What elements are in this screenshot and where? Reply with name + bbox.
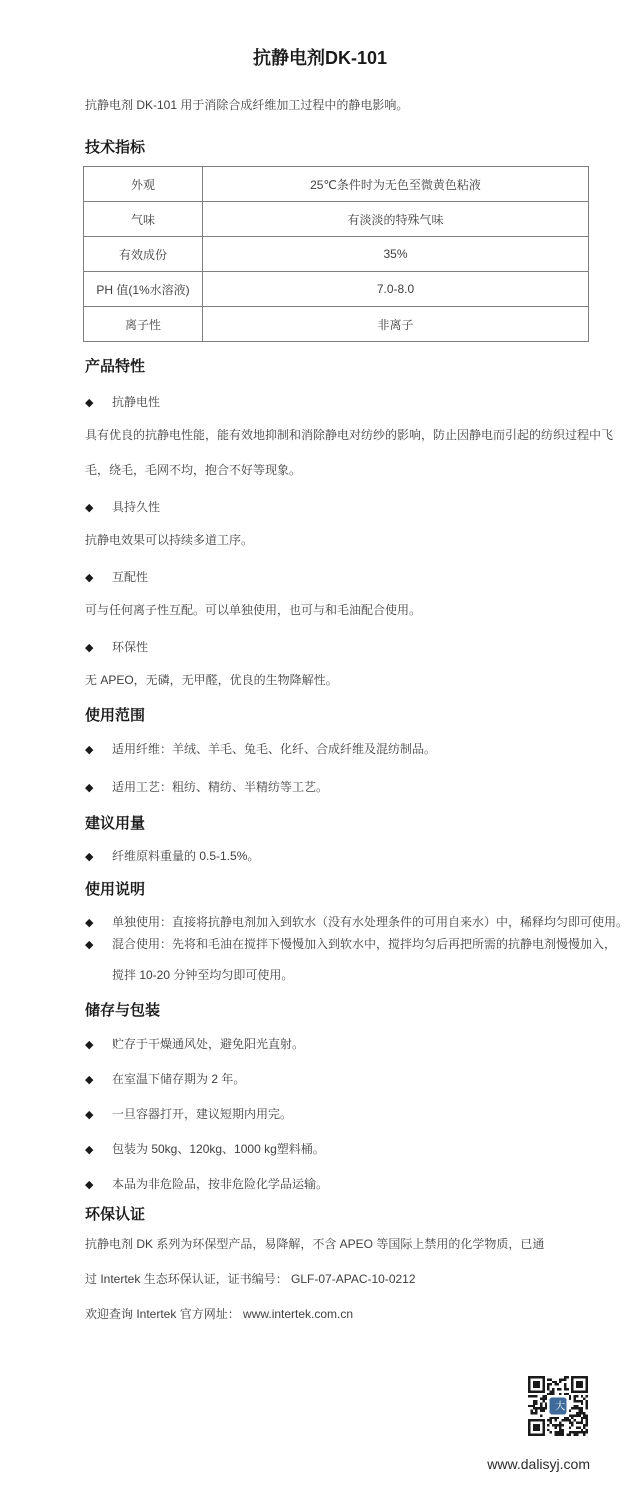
eco-cert-line: 抗静电剂 DK 系列为环保型产品，易降解，不含 APEO 等国际上禁用的化学物质… — [85, 1227, 615, 1262]
table-row: PH 值(1%水溶液) 7.0-8.0 — [84, 272, 589, 307]
spec-value: 7.0-8.0 — [203, 272, 589, 307]
usage-item-text: 单独使用：直接将抗静电剂加入到软水（没有水处理条件的可用自来水）中，稀释均匀即可… — [112, 915, 628, 929]
scope-item-text: 适用纤维：羊绒、羊毛、兔毛、化纤、合成纤维及混纺制品。 — [112, 742, 436, 756]
scope-item: ◆适用纤维：羊绒、羊毛、兔毛、化纤、合成纤维及混纺制品。 — [85, 740, 615, 760]
document-page: 抗静电剂DK-101 抗静电剂 DK-101 用于消除合成纤维加工过程中的静电影… — [0, 0, 640, 1505]
qr-code-container: 大 — [85, 1376, 615, 1436]
storage-item: ◆包装为 50kg、120kg、1000 kg塑料桶。 — [85, 1140, 615, 1160]
table-row: 外观 25℃条件时为无色至微黄色粘液 — [84, 167, 589, 202]
diamond-bullet-icon: ◆ — [85, 639, 112, 658]
intro-text: 抗静电剂 DK-101 用于消除合成纤维加工过程中的静电影响。 — [85, 96, 615, 114]
usage-item-text: 混合使用：先将和毛油在搅拌下慢慢加入到软水中，搅拌均匀后再把所需的抗静电剂慢慢加… — [112, 937, 616, 951]
section-heading-storage: 储存与包装 — [85, 1001, 615, 1021]
page-title: 抗静电剂DK-101 — [25, 46, 615, 71]
dosage-item-text: 纤维原料重量的 0.5-1.5%。 — [112, 849, 259, 863]
diamond-bullet-icon: ◆ — [85, 394, 112, 413]
diamond-bullet-icon: ◆ — [85, 1036, 112, 1055]
tech-specs-table: 外观 25℃条件时为无色至微黄色粘液 气味 有淡淡的特殊气味 有效成份 35% … — [83, 166, 589, 342]
eco-cert-line: 过 Intertek 生态环保认证，证书编号： GLF-07-APAC-10-0… — [85, 1262, 615, 1297]
table-row: 气味 有淡淡的特殊气味 — [84, 202, 589, 237]
section-heading-dosage: 建议用量 — [85, 814, 615, 834]
storage-item: ◆在室温下储存期为 2 年。 — [85, 1070, 615, 1090]
diamond-bullet-icon: ◆ — [85, 741, 112, 760]
table-row: 离子性 非离子 — [84, 307, 589, 342]
diamond-bullet-icon: ◆ — [85, 913, 112, 934]
feature-title-text: 环保性 — [112, 640, 148, 654]
diamond-bullet-icon: ◆ — [85, 499, 112, 518]
feature-item-title: ◆抗静电性 — [85, 393, 615, 413]
storage-item-text: 一旦容器打开，建议短期内用完。 — [112, 1107, 292, 1121]
storage-item-text: 本品为非危险品，按非危险化学品运输。 — [112, 1177, 328, 1191]
storage-item-text: 贮存于干燥通风处，避免阳光直射。 — [112, 1037, 304, 1051]
website-url: www.dalisyj.com — [85, 1456, 615, 1472]
storage-item-text: 包装为 50kg、120kg、1000 kg塑料桶。 — [112, 1142, 325, 1156]
feature-item-title: ◆具持久性 — [85, 498, 615, 518]
qr-logo-text: 大 — [555, 1399, 565, 1412]
spec-value: 非离子 — [203, 307, 589, 342]
diamond-bullet-icon: ◆ — [85, 1176, 112, 1195]
storage-item: ◆贮存于干燥通风处，避免阳光直射。 — [85, 1035, 615, 1055]
section-heading-usage: 使用说明 — [85, 880, 615, 900]
diamond-bullet-icon: ◆ — [85, 779, 112, 798]
feature-item-title: ◆环保性 — [85, 638, 615, 658]
section-heading-features: 产品特性 — [85, 357, 615, 377]
usage-list: ◆单独使用：直接将抗静电剂加入到软水（没有水处理条件的可用自来水）中，稀释均匀即… — [85, 912, 615, 956]
feature-body: 可与任何离子性互配。可以单独使用，也可与和毛油配合使用。 — [85, 593, 615, 628]
feature-item-title: ◆互配性 — [85, 568, 615, 588]
usage-continuation: 搅拌 10-20 分钟至均匀即可使用。 — [85, 958, 615, 993]
feature-title-text: 具持久性 — [112, 500, 160, 514]
spec-value: 35% — [203, 237, 589, 272]
eco-cert-line: 欢迎查询 Intertek 官方网址： www.intertek.com.cn — [85, 1297, 615, 1332]
spec-label: 有效成份 — [84, 237, 203, 272]
usage-item: ◆混合使用：先将和毛油在搅拌下慢慢加入到软水中，搅拌均匀后再把所需的抗静电剂慢慢… — [85, 934, 615, 956]
storage-item-text: 在室温下储存期为 2 年。 — [112, 1072, 245, 1086]
section-heading-scope: 使用范围 — [85, 706, 615, 726]
spec-label: 离子性 — [84, 307, 203, 342]
scope-item-text: 适用工艺：粗纺、精纺、半精纺等工艺。 — [112, 780, 328, 794]
spec-value: 25℃条件时为无色至微黄色粘液 — [203, 167, 589, 202]
feature-body: 具有优良的抗静电性能，能有效地抑制和消除静电对纺纱的影响，防止因静电而引起的纺织… — [85, 418, 615, 488]
feature-title-text: 抗静电性 — [112, 395, 160, 409]
feature-body: 抗静电效果可以持续多道工序。 — [85, 523, 615, 558]
section-heading-tech-specs: 技术指标 — [85, 138, 615, 158]
spec-label: PH 值(1%水溶液) — [84, 272, 203, 307]
diamond-bullet-icon: ◆ — [85, 935, 112, 956]
table-row: 有效成份 35% — [84, 237, 589, 272]
diamond-bullet-icon: ◆ — [85, 1071, 112, 1090]
dosage-item: ◆纤维原料重量的 0.5-1.5%。 — [85, 847, 615, 867]
storage-item: ◆一旦容器打开，建议短期内用完。 — [85, 1105, 615, 1125]
qr-code: 大 — [527, 1376, 589, 1436]
feature-title-text: 互配性 — [112, 570, 148, 584]
diamond-bullet-icon: ◆ — [85, 1106, 112, 1125]
diamond-bullet-icon: ◆ — [85, 848, 112, 867]
usage-item: ◆单独使用：直接将抗静电剂加入到软水（没有水处理条件的可用自来水）中，稀释均匀即… — [85, 912, 615, 934]
spec-label: 气味 — [84, 202, 203, 237]
scope-item: ◆适用工艺：粗纺、精纺、半精纺等工艺。 — [85, 778, 615, 798]
spec-value: 有淡淡的特殊气味 — [203, 202, 589, 237]
diamond-bullet-icon: ◆ — [85, 569, 112, 588]
spec-label: 外观 — [84, 167, 203, 202]
storage-item: ◆本品为非危险品，按非危险化学品运输。 — [85, 1175, 615, 1195]
diamond-bullet-icon: ◆ — [85, 1141, 112, 1160]
section-heading-eco-cert: 环保认证 — [85, 1205, 615, 1225]
feature-body: 无 APEO，无磷，无甲醛，优良的生物降解性。 — [85, 663, 615, 698]
